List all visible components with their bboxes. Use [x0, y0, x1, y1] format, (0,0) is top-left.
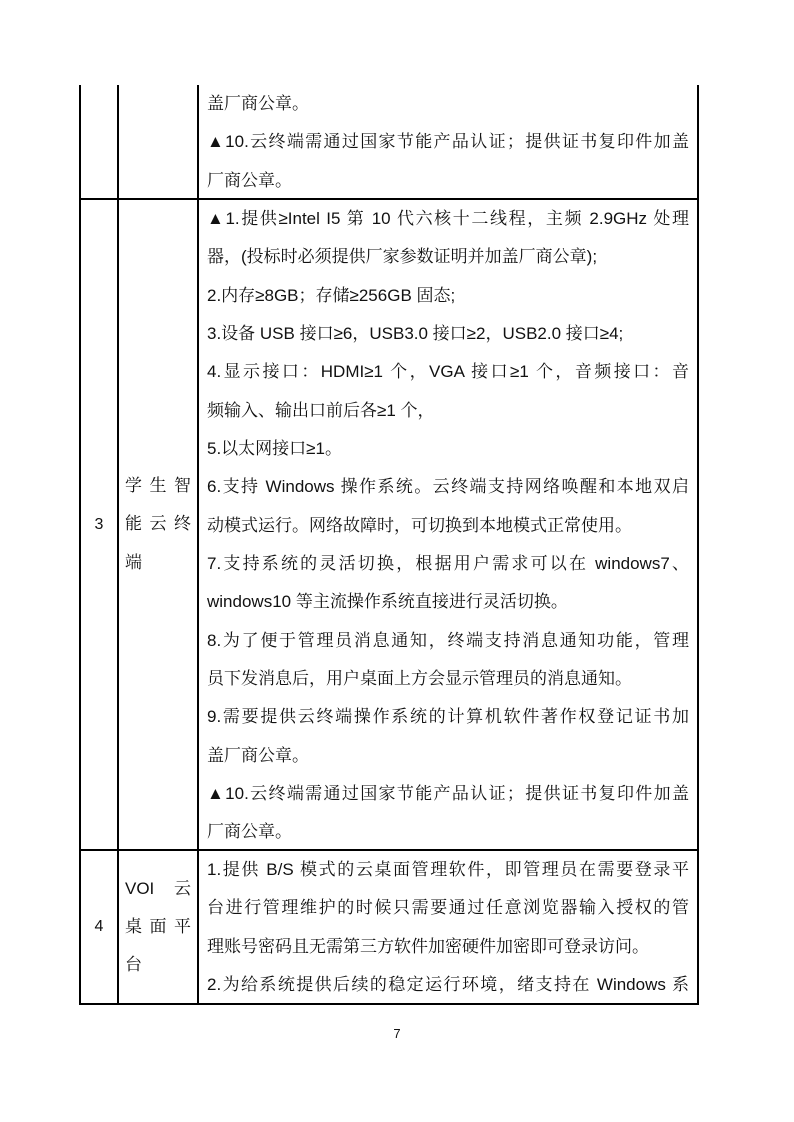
item-name-cell: 学生智能云终端: [119, 200, 199, 849]
text-line: 学生智: [125, 467, 191, 505]
text-line: 能云终: [125, 505, 191, 543]
text-line: VOI 云: [125, 870, 191, 908]
text-line: 6.支持 Windows 操作系统。云终端支持网络唤醒和本地双启: [207, 468, 689, 506]
text-line: 厂商公章。: [207, 813, 689, 849]
text-line: 7.支持系统的灵活切换，根据用户需求可以在 windows7、: [207, 545, 689, 583]
item-number-cell: [81, 85, 119, 198]
text-line: 员下发消息后，用户桌面上方会显示管理员的消息通知。: [207, 660, 689, 698]
text-line: 2.为给系统提供后续的稳定运行环境，绪支持在 Windows 系: [207, 966, 689, 1003]
text-line: 盖厂商公章。: [207, 737, 689, 775]
text-line: 9.需要提供云终端操作系统的计算机软件著作权登记证书加: [207, 698, 689, 736]
table-row: 3 学生智能云终端 ▲1.提供≥Intel I5 第 10 代六核十二线程，主频…: [81, 200, 697, 851]
text-line: ▲10.云终端需通过国家节能产品认证；提供证书复印件加盖: [207, 123, 689, 161]
table-row: 盖厂商公章。▲10.云终端需通过国家节能产品认证；提供证书复印件加盖厂商公章。: [81, 85, 697, 200]
text-line: 器，(投标时必须提供厂家参数证明并加盖厂商公章);: [207, 238, 689, 276]
text-line: 5.以太网接口≥1。: [207, 430, 689, 468]
item-spec-cell: 盖厂商公章。▲10.云终端需通过国家节能产品认证；提供证书复印件加盖厂商公章。: [199, 85, 697, 198]
text-line: 理账号密码且无需第三方软件加密硬件加密即可登录访问。: [207, 928, 689, 966]
text-line: 4.显示接口：HDMI≥1 个，VGA 接口≥1 个，音频接口：音: [207, 353, 689, 391]
spec-table: 盖厂商公章。▲10.云终端需通过国家节能产品认证；提供证书复印件加盖厂商公章。 …: [79, 85, 699, 1005]
item-spec-cell: ▲1.提供≥Intel I5 第 10 代六核十二线程，主频 2.9GHz 处理…: [199, 200, 697, 849]
text-line: 动模式运行。网络故障时，可切换到本地模式正常使用。: [207, 507, 689, 545]
text-line: windows10 等主流操作系统直接进行灵活切换。: [207, 583, 689, 621]
text-line: 台进行管理维护的时候只需要通过任意浏览器输入授权的管: [207, 889, 689, 927]
text-line: 台: [125, 946, 191, 984]
item-name-cell: [119, 85, 199, 198]
text-line: ▲10.云终端需通过国家节能产品认证；提供证书复印件加盖: [207, 775, 689, 813]
text-line: 3.设备 USB 接口≥6，USB3.0 接口≥2，USB2.0 接口≥4;: [207, 315, 689, 353]
text-line: 端: [125, 544, 191, 582]
item-number-cell: 4: [81, 851, 119, 1003]
item-number-cell: 3: [81, 200, 119, 849]
item-name-cell: VOI 云桌面平台: [119, 851, 199, 1003]
text-line: ▲1.提供≥Intel I5 第 10 代六核十二线程，主频 2.9GHz 处理: [207, 200, 689, 238]
text-line: 频输入、输出口前后各≥1 个，: [207, 392, 689, 430]
text-line: 2.内存≥8GB；存储≥256GB 固态;: [207, 277, 689, 315]
page-number: 7: [0, 1026, 794, 1041]
text-line: 8.为了便于管理员消息通知，终端支持消息通知功能，管理: [207, 622, 689, 660]
table-row: 4 VOI 云桌面平台 1.提供 B/S 模式的云桌面管理软件，即管理员在需要登…: [81, 851, 697, 1005]
text-line: 桌面平: [125, 908, 191, 946]
text-line: 1.提供 B/S 模式的云桌面管理软件，即管理员在需要登录平: [207, 851, 689, 889]
text-line: 厂商公章。: [207, 162, 689, 198]
text-line: 盖厂商公章。: [207, 85, 689, 123]
item-spec-cell: 1.提供 B/S 模式的云桌面管理软件，即管理员在需要登录平台进行管理维护的时候…: [199, 851, 697, 1003]
